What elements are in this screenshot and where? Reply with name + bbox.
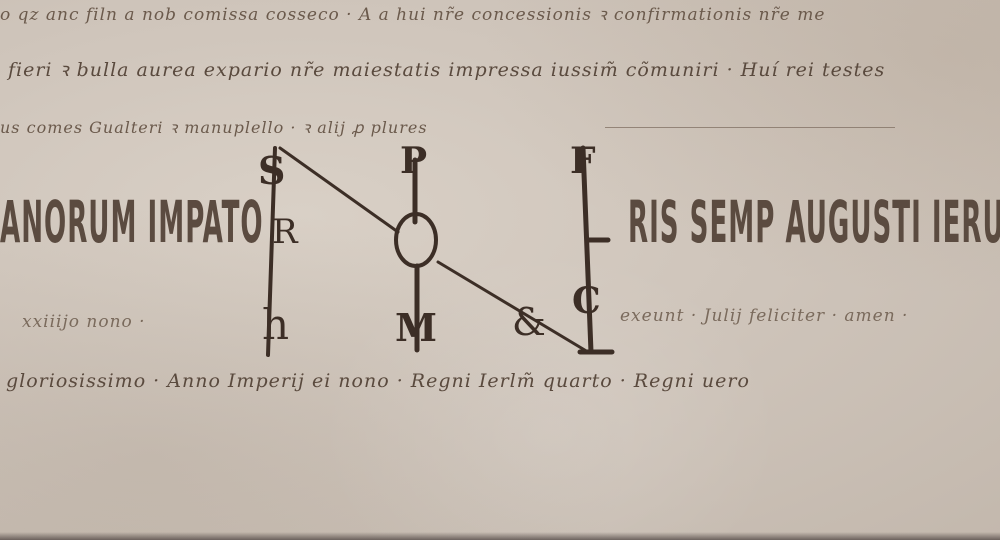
monogram-letter-c: C xyxy=(572,280,601,322)
monogram-letter-m: M xyxy=(395,305,437,350)
text-line-6: gloriosissimo · Anno Imperij ei nono · R… xyxy=(6,370,750,392)
monogram-letter-p: P xyxy=(400,140,427,182)
elongated-capitals-right: RIS SEMP AUGUSTI IERUSA xyxy=(628,188,1000,256)
text-line-1: o qz anc filn a nob comissa cosseco · A … xyxy=(0,2,825,25)
text-line-5: exeunt · Julij feliciter · amen · xyxy=(620,306,908,326)
imperial-monogram: S R h P M F C & xyxy=(250,140,630,370)
text-line-3: us comes Gualteri ꝛ manuplello · ꝛ alij … xyxy=(0,116,428,138)
ruled-line xyxy=(605,127,895,128)
monogram-letter-h: h xyxy=(262,300,289,349)
elongated-capitals-left: ANORUM IMPATO xyxy=(0,188,264,256)
monogram-letter-r: R xyxy=(272,212,298,252)
text-line-4: xxiiijo nono · xyxy=(22,312,146,332)
monogram-letter-f: F xyxy=(570,140,596,182)
text-line-2: fieri ꝛ bulla aurea expario nr̃e maiesta… xyxy=(8,56,885,82)
monogram-ampersand: & xyxy=(512,300,546,344)
monogram-letter-s: S xyxy=(258,148,285,193)
bottom-edge-shadow xyxy=(0,532,1000,540)
